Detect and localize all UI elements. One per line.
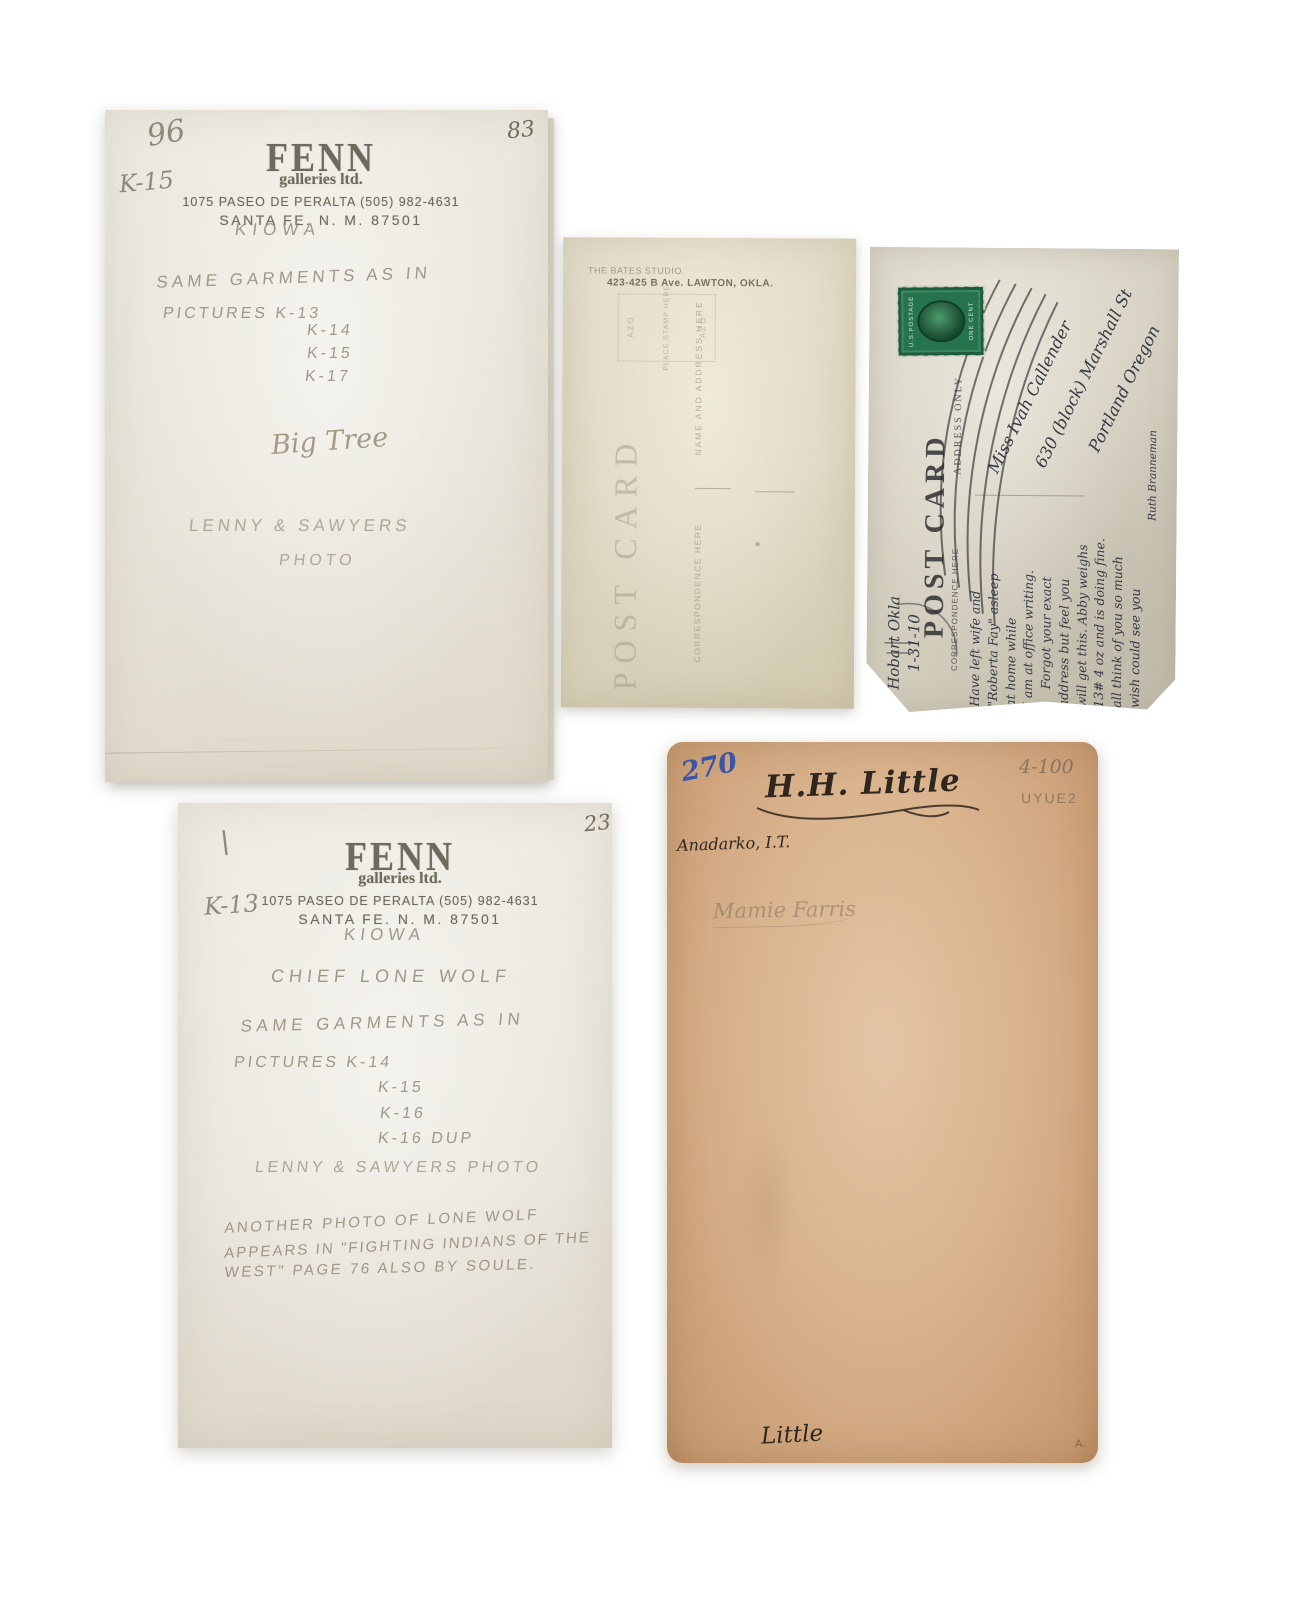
handwritten-number-83: 83 — [506, 117, 536, 145]
photographer-credit: LENNY & SAWYERS PHOTO — [254, 1159, 543, 1177]
fenn-galleries-stamp: FENN galleries ltd. 1075 PASEO DE PERALT… — [161, 136, 481, 228]
photo-of-documents: 96 83 K-15 FENN galleries ltd. 1075 PASE… — [0, 0, 1301, 1600]
stamp-us-postage-label: U.S.POSTAGE — [909, 296, 915, 347]
pictures-note: PICTURES K-14 — [233, 1054, 393, 1072]
catalog-code-k13: K-13 — [203, 889, 260, 921]
stamp-box-label: PLACE STAMP HERE — [663, 285, 670, 371]
fenn-galleries-stamp: FENN galleries ltd. 1075 PASEO DE PERALT… — [240, 835, 560, 927]
paper-fleck — [756, 542, 760, 546]
bottom-mark: A. — [1075, 1438, 1085, 1450]
picture-code-k14: K-14 — [306, 322, 354, 340]
fold-crease — [105, 747, 548, 753]
fenn-logo-text: FENN — [240, 832, 560, 880]
picture-code-k16: K-16 — [379, 1105, 427, 1123]
correspondence-here-label: CORRESPONDENCE HERE — [692, 523, 703, 662]
card-stain — [737, 1122, 797, 1292]
picture-code-k15: K-15 — [377, 1079, 425, 1097]
hobart-postcard-back: U.S.POSTAGE ONE CENT POST CARD ADDRESS O… — [866, 247, 1179, 715]
message-line: Have left wife and — [966, 429, 986, 707]
name-address-here-label: NAME AND ADDRESS HERE — [693, 300, 704, 455]
lone-wolf-note-1: ANOTHER PHOTO OF LONE WOLF — [224, 1206, 540, 1237]
handwritten-number-23: 23 — [583, 810, 612, 837]
message-signature: Ruth Branneman — [1143, 430, 1160, 708]
sitter-name: Mamie Farris — [713, 897, 856, 928]
tick-mark: \ — [220, 825, 230, 860]
message-line: wish could see you — [1126, 430, 1146, 708]
imprint-flourish-icon — [753, 798, 983, 824]
address-only-label: ADDRESS ONLY — [953, 376, 965, 475]
fenn-photo-back-1: 96 83 K-15 FENN galleries ltd. 1075 PASE… — [105, 110, 548, 782]
picture-code-k16-dup: K-16 DUP — [377, 1130, 475, 1148]
message-line: all think of you so much — [1108, 430, 1128, 708]
handwritten-dateline: Hobart Okla 1-31-10 — [885, 596, 925, 690]
pencil-code-1: 4-100 — [1019, 756, 1074, 778]
photographer-credit: LENNY & SAWYERS — [188, 516, 412, 536]
tribe-note: KIOWA — [234, 220, 323, 240]
photographer-credit-2: PHOTO — [278, 552, 357, 570]
address-rule-1 — [695, 488, 731, 489]
little-cabinet-card-back: 270 H.H. Little 4-100 UYUE2 Anadarko, I.… — [667, 742, 1098, 1463]
stamp-portrait — [919, 302, 963, 340]
garments-note: SAME GARMENTS AS IN — [156, 263, 432, 293]
correspondence-here-label: CORRESPONDENCE HERE — [950, 548, 960, 671]
picture-code-k15: K-15 — [306, 345, 354, 363]
dateline-date: 1-31-10 — [904, 596, 924, 690]
postage-stamp-icon: U.S.POSTAGE ONE CENT — [898, 287, 984, 356]
picture-code-k17: K-17 — [304, 368, 352, 386]
post-card-title: POST CARD — [606, 435, 644, 691]
tribe-note: KIOWA — [343, 925, 427, 945]
subject-chief-lone-wolf: CHIEF LONE WOLF — [270, 966, 513, 987]
stamp-box-brand-left: A Z O — [626, 317, 635, 337]
studio-imprint-line1: THE BATES STUDIO. — [588, 265, 685, 276]
subject-name-big-tree: Big Tree — [270, 422, 389, 461]
bates-postcard-back: THE BATES STUDIO. 423-425 B Ave. LAWTON,… — [561, 237, 856, 709]
studio-imprint-line2: 423-425 B Ave. LAWTON, OKLA. — [607, 277, 774, 289]
bottom-name: Little — [760, 1420, 823, 1449]
handwritten-number-270: 270 — [679, 747, 740, 788]
pictures-note: PICTURES K-13 — [162, 305, 322, 323]
dateline-place: Hobart Okla — [885, 596, 905, 690]
address-rule-2 — [755, 491, 795, 492]
location-note: Anadarko, I.T. — [677, 832, 791, 855]
garments-note: SAME GARMENTS AS IN — [240, 1009, 526, 1036]
fenn-photo-back-2: \ 23 FENN galleries ltd. 1075 PASEO DE P… — [178, 803, 612, 1448]
fenn-address-line: 1075 PASEO DE PERALTA (505) 982-4631 — [161, 195, 481, 209]
fenn-logo-text: FENN — [161, 133, 481, 181]
fenn-address-line: 1075 PASEO DE PERALTA (505) 982-4631 — [240, 894, 560, 908]
stamp-one-cent-label: ONE CENT — [969, 301, 975, 340]
pencil-code-2: UYUE2 — [1021, 790, 1078, 806]
